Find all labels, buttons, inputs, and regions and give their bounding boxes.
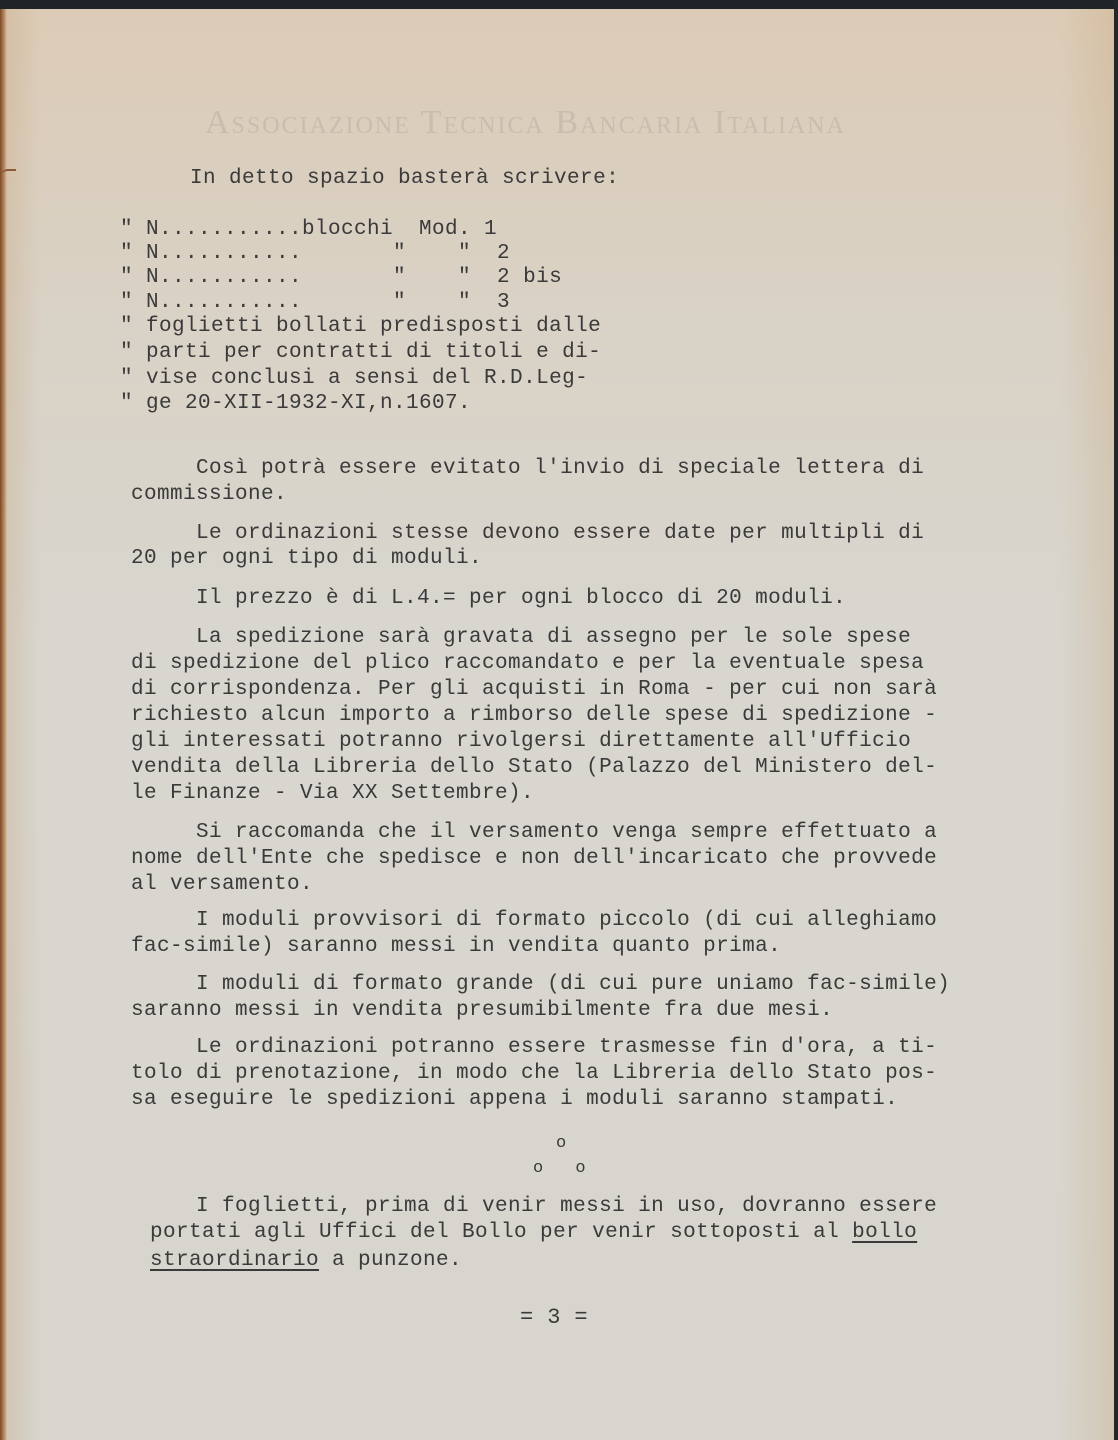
- paragraph-8-line-3: sa eseguire le spedizioni appena i modul…: [131, 1088, 898, 1111]
- paragraph-4-line-7: le Finanze - Via XX Settembre).: [131, 782, 534, 805]
- paragraph-1-line-2: commissione.: [131, 483, 287, 506]
- form-line-4: " N........... " " 3: [120, 291, 510, 314]
- form-line-2: " N........... " " 2: [120, 242, 510, 265]
- intro-line: In detto spazio basterà scrivere:: [190, 167, 619, 190]
- final-paragraph-line-2-text: portati agli Uffici del Bollo per venir …: [150, 1221, 852, 1244]
- paragraph-1-line-1: Così potrà essere evitato l'invio di spe…: [131, 457, 924, 480]
- paragraph-5-line-2: nome dell'Ente che spedisce e non dell'i…: [131, 847, 937, 870]
- paragraph-4-line-5: gli interessati potranno rivolgersi dire…: [131, 730, 911, 753]
- paragraph-6-line-1: I moduli provvisori di formato piccolo (…: [131, 909, 937, 932]
- paragraph-8-line-2: tolo di prenotazione, in modo che la Lib…: [131, 1062, 937, 1085]
- paragraph-2-line-2: 20 per ogni tipo di moduli.: [131, 547, 482, 570]
- paragraph-4-line-2: di spedizione del plico raccomandato e p…: [131, 652, 924, 675]
- paragraph-4-line-1: La spedizione sarà gravata di assegno pe…: [131, 626, 911, 649]
- page-binding-edge: [0, 9, 7, 1440]
- form-line-6: " parti per contratti di titoli e di-: [120, 341, 601, 364]
- paragraph-7-line-2: saranno messi in vendita presumibilmente…: [131, 999, 833, 1022]
- underlined-bollo: bollo: [852, 1221, 917, 1244]
- form-line-3: " N........... " " 2 bis: [120, 266, 562, 289]
- paragraph-8-line-1: Le ordinazioni potranno essere trasmesse…: [131, 1036, 937, 1059]
- paragraph-4-line-4: richiesto alcun importo a rimborso delle…: [131, 704, 937, 727]
- form-line-8: " ge 20-XII-1932-XI,n.1607.: [120, 392, 471, 415]
- underlined-straordinario: straordinario: [150, 1249, 319, 1272]
- document-page: Associazione Tecnica Bancaria Italiana I…: [0, 9, 1114, 1440]
- paragraph-3-line-1: Il prezzo è di L.4.= per ogni blocco di …: [131, 587, 846, 610]
- paragraph-4-line-3: di corrispondenza. Per gli acquisti in R…: [131, 678, 937, 701]
- page-binding-notch: [0, 169, 16, 181]
- paragraph-4-line-6: vendita della Libreria dello Stato (Pala…: [131, 756, 937, 779]
- form-line-5: " foglietti bollati predisposti dalle: [120, 315, 601, 338]
- paragraph-5-line-3: al versamento.: [131, 873, 313, 896]
- final-paragraph-line-2: portati agli Uffici del Bollo per venir …: [150, 1221, 917, 1244]
- form-line-7: " vise conclusi a sensi del R.D.Leg-: [120, 367, 588, 390]
- page-number: = 3 =: [520, 1305, 588, 1330]
- paragraph-2-line-1: Le ordinazioni stesse devono essere date…: [131, 522, 924, 545]
- final-paragraph-line-3: straordinario a punzone.: [150, 1249, 462, 1272]
- separator-top-mark: o: [556, 1134, 567, 1153]
- separator-bottom-marks: o o: [533, 1159, 586, 1178]
- final-paragraph-line-1: I foglietti, prima di venir messi in uso…: [131, 1195, 937, 1218]
- scan-frame-right: [1114, 0, 1118, 1440]
- paragraph-7-line-1: I moduli di formato grande (di cui pure …: [131, 973, 950, 996]
- paragraph-6-line-2: fac-simile) saranno messi in vendita qua…: [131, 935, 781, 958]
- show-through-header: Associazione Tecnica Bancaria Italiana: [205, 104, 846, 142]
- form-line-1: " N...........blocchi Mod. 1: [120, 218, 497, 241]
- final-paragraph-line-3-text: a punzone.: [319, 1249, 462, 1272]
- paragraph-5-line-1: Si raccomanda che il versamento venga se…: [131, 821, 937, 844]
